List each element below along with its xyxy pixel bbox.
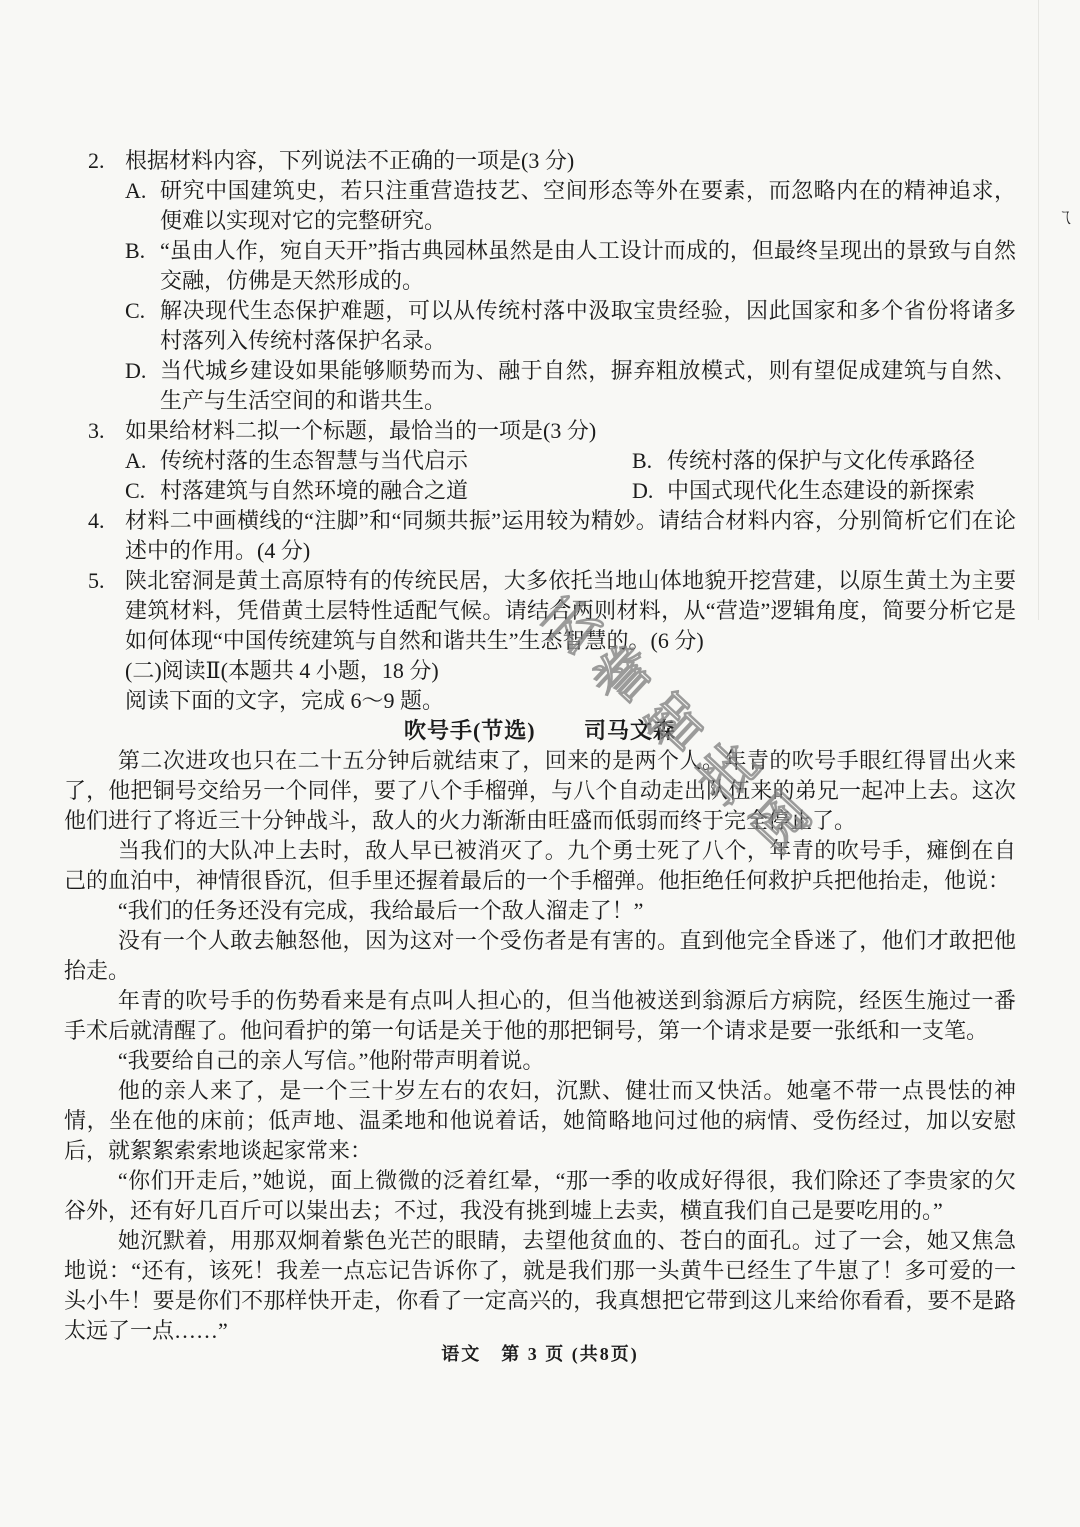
- option-text: 村落建筑与自然环境的融合之道: [160, 478, 468, 503]
- passage-author: 司马文森: [584, 718, 676, 743]
- option-row: C. 村落建筑与自然环境的融合之道 D. 中国式现代化生态建设的新探索: [64, 476, 1016, 506]
- option-text: 传统村落的保护与文化传承路径: [667, 448, 975, 473]
- option-a: A. 研究中国建筑史，若只注重营造技艺、空间形态等外在要素，而忽略内在的精神追求…: [64, 176, 1016, 236]
- question-number: 5.: [88, 566, 105, 596]
- option-row: A. 传统村落的生态智慧与当代启示 B. 传统村落的保护与文化传承路径: [64, 446, 1016, 476]
- question-stem: 根据材料内容，下列说法不正确的一项是(3 分): [125, 148, 574, 173]
- question-stem-row: 4. 材料二中画横线的“注脚”和“同频共振”运用较为精妙。请结合材料内容，分别简…: [64, 506, 1016, 566]
- option-text: 中国式现代化生态建设的新探索: [667, 478, 975, 503]
- passage-paragraph: “我们的任务还没有完成，我给最后一个敌人溜走了！”: [64, 896, 1016, 926]
- option-text: “虽由人作，宛自天开”指古典园林虽然是由人工设计而成的，但最终呈现出的景致与自然…: [160, 238, 1016, 293]
- question-4: 4. 材料二中画横线的“注脚”和“同频共振”运用较为精妙。请结合材料内容，分别简…: [64, 506, 1016, 566]
- stray-pen-mark: ㄟ: [1054, 201, 1077, 230]
- exam-page-scan: ㄟ 云誊智批阅 2. 根据材料内容，下列说法不正确的一项是(3 分) A. 研究…: [0, 0, 1080, 1527]
- option-d: D. 当代城乡建设如果能够顺势而为、融于自然，摒弃粗放模式，则有望促成建筑与自然…: [64, 356, 1016, 416]
- passage-paragraph: 没有一个人敢去触怒他，因为这对一个受伤者是有害的。直到他完全昏迷了，他们才敢把他…: [64, 926, 1016, 986]
- option-text: 当代城乡建设如果能够顺势而为、融于自然，摒弃粗放模式，则有望促成建筑与自然、生产…: [160, 358, 1016, 413]
- option-label: B.: [125, 236, 145, 266]
- option-c: C. 村落建筑与自然环境的融合之道: [125, 476, 632, 506]
- passage-paragraph: “我要给自己的亲人写信。”他附带声明着说。: [64, 1046, 1016, 1076]
- passage-paragraph: “你们开走后，”她说，面上微微的泛着红晕，“那一季的收成好得很，我们除还了李贵家…: [64, 1166, 1016, 1226]
- option-d: D. 中国式现代化生态建设的新探索: [632, 476, 1016, 506]
- option-label: D.: [125, 356, 146, 386]
- option-text: 研究中国建筑史，若只注重营造技艺、空间形态等外在要素，而忽略内在的精神追求，便难…: [160, 178, 1016, 233]
- passage-paragraph: 年青的吹号手的伤势看来是有点叫人担心的，但当他被送到翁源后方病院，经医生施过一番…: [64, 986, 1016, 1046]
- option-label: C.: [125, 476, 145, 506]
- question-stem: 如果给材料二拟一个标题，最恰当的一项是(3 分): [125, 418, 596, 443]
- question-5: 5. 陕北窑洞是黄土高原特有的传统民居，大多依托当地山体地貌开挖营建，以原生黄土…: [64, 566, 1016, 656]
- option-label: B.: [632, 446, 652, 476]
- question-stem: 材料二中画横线的“注脚”和“同频共振”运用较为精妙。请结合材料内容，分别简析它们…: [125, 508, 1016, 563]
- option-text: 传统村落的生态智慧与当代启示: [160, 448, 468, 473]
- page-footer: 语文 第 3 页 (共8页): [0, 1340, 1080, 1366]
- question-stem-row: 5. 陕北窑洞是黄土高原特有的传统民居，大多依托当地山体地貌开挖营建，以原生黄土…: [64, 566, 1016, 656]
- option-label: A.: [125, 176, 146, 206]
- section-instruction: 阅读下面的文字，完成 6～9 题。: [64, 686, 1016, 716]
- question-number: 4.: [88, 506, 105, 536]
- option-label: C.: [125, 296, 145, 326]
- passage-paragraph: 第二次进攻也只在二十五分钟后就结束了，回来的是两个人。年青的吹号手眼红得冒出火来…: [64, 746, 1016, 836]
- option-label: A.: [125, 446, 146, 476]
- question-stem-row: 3. 如果给材料二拟一个标题，最恰当的一项是(3 分): [64, 416, 1016, 446]
- option-text: 解决现代生态保护难题，可以从传统村落中汲取宝贵经验，因此国家和多个省份将诸多村落…: [160, 298, 1016, 353]
- section-heading: (二)阅读Ⅱ(本题共 4 小题，18 分): [64, 656, 1016, 686]
- passage-paragraph: 当我们的大队冲上去时，敌人早已被消灭了。九个勇士死了八个，年青的吹号手，瘫倒在自…: [64, 836, 1016, 896]
- passage-paragraph: 她沉默着，用那双炯着紫色光芒的眼睛，去望他贫血的、苍白的面孔。过了一会，她又焦急…: [64, 1226, 1016, 1346]
- option-b: B. “虽由人作，宛自天开”指古典园林虽然是由人工设计而成的，但最终呈现出的景致…: [64, 236, 1016, 296]
- option-b: B. 传统村落的保护与文化传承路径: [632, 446, 1016, 476]
- question-number: 2.: [88, 146, 105, 176]
- question-3: 3. 如果给材料二拟一个标题，最恰当的一项是(3 分) A. 传统村落的生态智慧…: [64, 416, 1016, 506]
- passage-title-line: 吹号手(节选)司马文森: [64, 716, 1016, 746]
- option-a: A. 传统村落的生态智慧与当代启示: [125, 446, 632, 476]
- option-label: D.: [632, 476, 653, 506]
- question-2: 2. 根据材料内容，下列说法不正确的一项是(3 分) A. 研究中国建筑史，若只…: [64, 146, 1016, 416]
- option-c: C. 解决现代生态保护难题，可以从传统村落中汲取宝贵经验，因此国家和多个省份将诸…: [64, 296, 1016, 356]
- scan-edge-line: [1038, 0, 1039, 620]
- question-stem-row: 2. 根据材料内容，下列说法不正确的一项是(3 分): [64, 146, 1016, 176]
- passage-paragraph: 他的亲人来了，是一个三十岁左右的农妇，沉默、健壮而又快活。她毫不带一点畏怯的神情…: [64, 1076, 1016, 1166]
- question-number: 3.: [88, 416, 105, 446]
- passage-title: 吹号手(节选): [404, 718, 536, 743]
- page-footer-text: 语文 第 3 页 (共8页): [441, 1344, 639, 1364]
- question-stem: 陕北窑洞是黄土高原特有的传统民居，大多依托当地山体地貌开挖营建，以原生黄土为主要…: [125, 568, 1016, 653]
- page-content: 2. 根据材料内容，下列说法不正确的一项是(3 分) A. 研究中国建筑史，若只…: [64, 146, 1016, 1346]
